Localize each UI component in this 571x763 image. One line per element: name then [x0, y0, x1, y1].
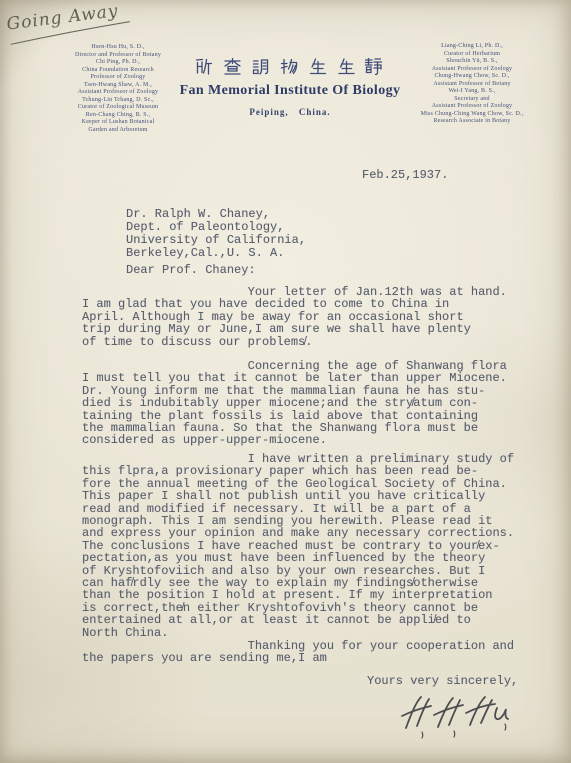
salutation: Dear Prof. Chaney: [126, 264, 256, 276]
letter-date: Feb.25,1937. [362, 169, 448, 181]
signature-artwork [398, 692, 513, 742]
closing-line: Yours very sincerely, [367, 675, 518, 687]
letterhead-officers-right: Liang-Ching Li, Ph. D., Curator of Herba… [378, 43, 566, 126]
paragraph-1: Your letter of Jan.12th was at hand. I a… [82, 286, 562, 348]
paragraph-3: I have written a preliminary study of th… [82, 453, 562, 639]
scanned-letter-page: Going Away Hsen-Hsu Hu, S. D., Director … [0, 0, 571, 763]
institute-chinese-name: 所 查 調 物 生 生 靜 [194, 56, 384, 78]
signature: H. H. Hu [398, 692, 513, 742]
paragraph-4: Thanking you for your cooperation and th… [82, 640, 562, 665]
paragraph-2: Concerning the age of Shanwang flora I m… [82, 360, 562, 447]
chinese-characters-artwork [194, 56, 384, 78]
recipient-address: Dr. Ralph W. Chaney, Dept. of Paleontolo… [126, 208, 306, 260]
